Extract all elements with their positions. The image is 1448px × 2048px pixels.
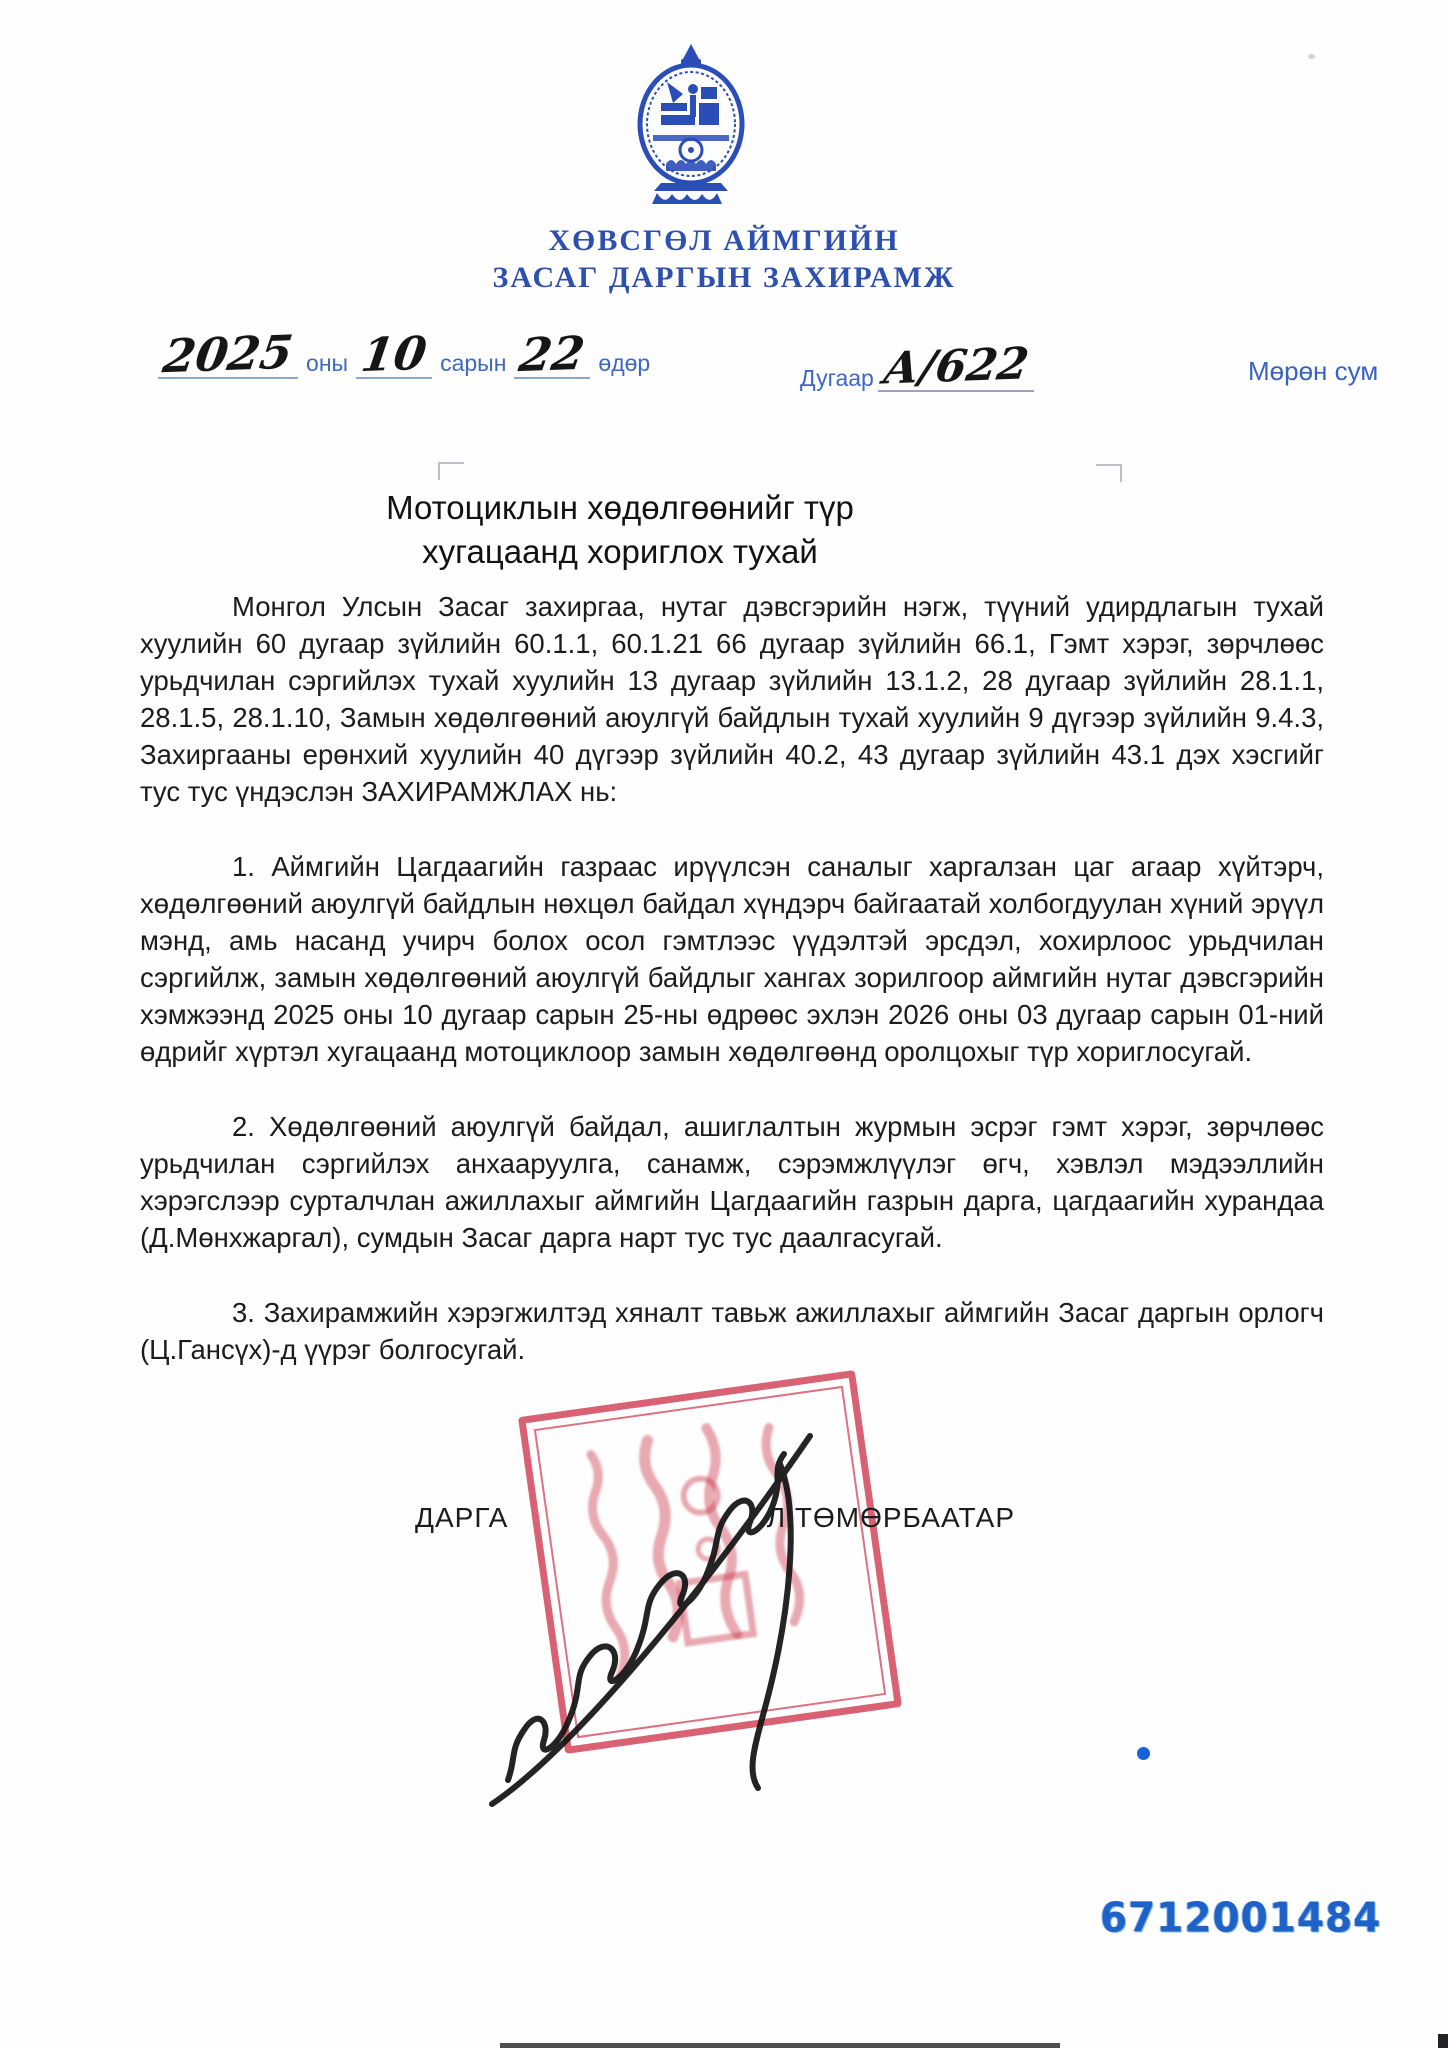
signature-row: ДАРГА Л.ТӨМӨРБААТАР: [415, 1502, 1015, 1534]
signer-title: ДАРГА: [415, 1502, 508, 1534]
scan-speck: [1308, 54, 1315, 59]
decree-item-1: 1. Аймгийн Цагдаагийн газраас ирүүлсэн с…: [140, 848, 1324, 1070]
document-number-field: Дугаар А/622: [800, 346, 1034, 392]
signature-scribble: [478, 1372, 848, 1822]
signer-name: Л.ТӨМӨРБААТАР: [767, 1502, 1015, 1534]
year-label: оны: [306, 350, 348, 379]
org-header: ХӨВСГӨЛ АЙМГИЙН ЗАСАГ ДАРГЫН ЗАХИРАМЖ: [0, 222, 1448, 296]
handwritten-number: А/622: [880, 344, 1030, 391]
crop-corner-top-right: [1096, 464, 1122, 482]
scan-edge-artifact: [500, 2043, 1060, 2048]
day-label: өдөр: [598, 350, 650, 379]
dateline: 2025 оны 10 сарын 22 өдөр Дугаар А/622 М…: [0, 328, 1448, 408]
handwritten-day: 22: [517, 333, 587, 375]
scanned-decree-document: ХӨВСГӨЛ АЙМГИЙН ЗАСАГ ДАРГЫН ЗАХИРАМЖ 20…: [0, 0, 1448, 2048]
date-fields: 2025 оны 10 сарын 22 өдөр: [158, 334, 650, 379]
blue-ink-dot: [1137, 1747, 1150, 1760]
document-title: Мотоциклын хөдөлгөөнийг түр хугацаанд хо…: [240, 486, 1000, 574]
decree-item-2: 2. Хөдөлгөөний аюулгүй байдал, ашиглалты…: [140, 1108, 1324, 1256]
mongolian-state-emblem-icon: [630, 42, 752, 214]
handwritten-month: 10: [359, 333, 429, 375]
document-body: Монгол Улсын Засаг захиргаа, нутаг дэвсг…: [140, 588, 1324, 1406]
crop-corner-top-left: [438, 462, 464, 480]
location-label: Мөрөн сум: [1248, 356, 1378, 387]
handwritten-year: 2025: [161, 332, 295, 376]
decree-item-3: 3. Захирамжийн хэрэгжилтэд хяналт тавьж …: [140, 1294, 1324, 1368]
preamble-paragraph: Монгол Улсын Засаг захиргаа, нутаг дэвсг…: [140, 588, 1324, 810]
registry-number-stamp: 6712001484: [1100, 1895, 1381, 1942]
month-label: сарын: [440, 350, 506, 379]
document-title-line1: Мотоциклын хөдөлгөөнийг түр: [240, 486, 1000, 530]
scan-corner-artifact: [1438, 2034, 1448, 2048]
document-title-line2: хугацаанд хориглох тухай: [240, 530, 1000, 574]
org-header-line1: ХӨВСГӨЛ АЙМГИЙН: [0, 222, 1448, 259]
number-label: Дугаар: [800, 365, 874, 392]
org-header-line2: ЗАСАГ ДАРГЫН ЗАХИРАМЖ: [0, 259, 1448, 296]
